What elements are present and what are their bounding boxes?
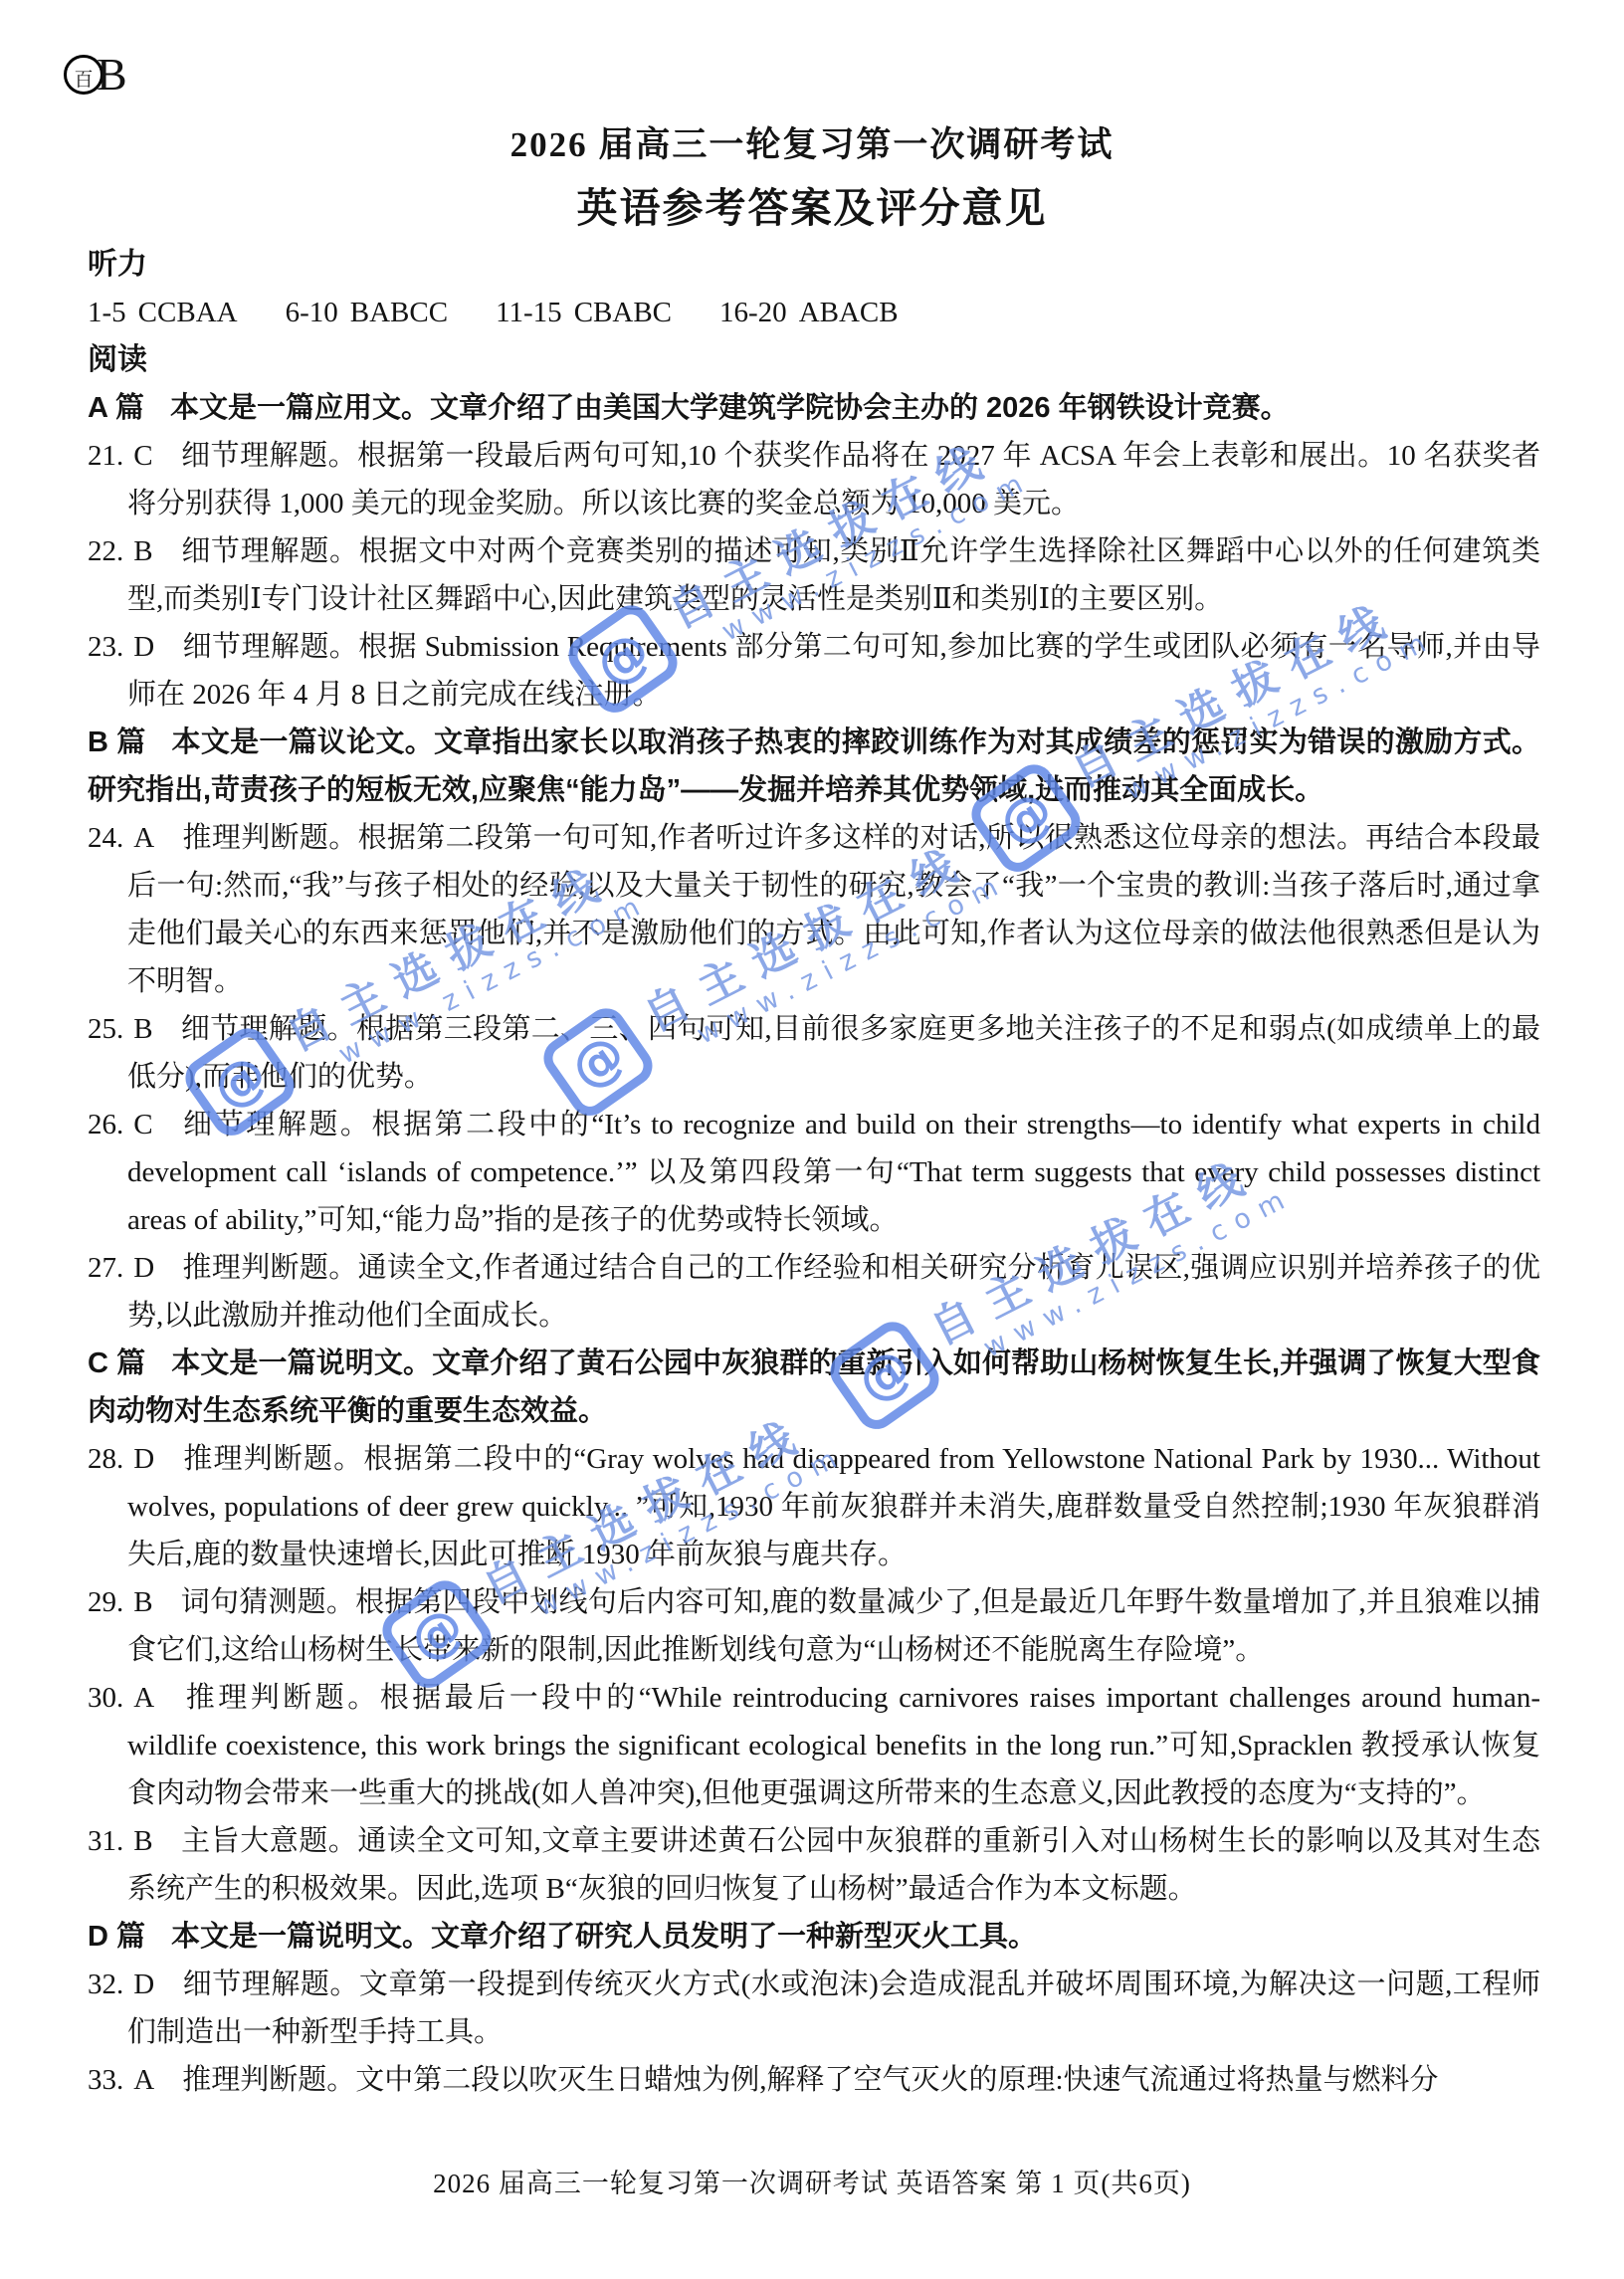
answer-explanation: 推理判断题。通读全文,作者通过结合自己的工作经验和相关研究分析育儿误区,强调应识… [127,1252,1540,1332]
question-number: 22. [88,535,123,567]
answer-letter: C [133,1109,152,1140]
question-number: 23. [88,631,123,663]
answer-letter: A [133,1682,154,1714]
answer-letter: D [133,1443,154,1475]
question-number: 26. [88,1109,123,1140]
answer-explanation: 细节理解题。根据第二段中的“It’s to recognize and buil… [127,1109,1540,1236]
section-label: A 篇 [88,392,144,424]
answer-item-25: 25.B细节理解题。根据第三段第二、三、四句可知,目前很多家庭更多地关注孩子的不… [88,1005,1540,1101]
question-number: 27. [88,1252,123,1284]
answer-item-31: 31.B主旨大意题。通读全文可知,文章主要讲述黄石公园中灰狼群的重新引入对山杨树… [88,1817,1540,1913]
section-label: B 篇 [88,726,146,758]
exam-title: 2026 届高三一轮复习第一次调研考试 [0,117,1624,167]
section-label: C 篇 [88,1347,145,1379]
answer-explanation: 细节理解题。文章第一段提到传统灭火方式(水或泡沫)会造成混乱并破坏周围环境,为解… [127,1968,1540,2048]
section-summary: 本文是一篇应用文。文章介绍了由美国大学建筑学院协会主办的 2026 年钢铁设计竞… [170,392,1290,424]
answer-item-30: 30.A推理判断题。根据最后一段中的“While reintroducing c… [88,1674,1540,1817]
answer-explanation: 推理判断题。根据第二段中的“Gray wolves had disappeare… [127,1443,1540,1570]
answer-key-subtitle: 英语参考答案及评分意见 [0,175,1624,234]
question-number: 24. [88,822,123,854]
answer-letter: D [133,1968,154,2000]
reading-heading: 阅读 [88,336,1540,384]
answer-letter: B [133,1825,152,1857]
section-paragraph-d: D 篇本文是一篇说明文。文章介绍了研究人员发明了一种新型灭火工具。 [88,1913,1540,1961]
answer-explanation: 推理判断题。根据最后一段中的“While reintroducing carni… [127,1682,1540,1809]
answer-group: 1-5CCBAA [88,297,238,328]
answer-explanation: 主旨大意题。通读全文可知,文章主要讲述黄石公园中灰狼群的重新引入对山杨树生长的影… [127,1825,1540,1905]
answer-item-32: 32.D细节理解题。文章第一段提到传统灭火方式(水或泡沫)会造成混乱并破坏周围环… [88,1961,1540,2056]
answer-letter: B [133,535,152,567]
question-number: 25. [88,1013,123,1045]
question-number: 21. [88,440,123,472]
answer-group: 11-15CBABC [496,297,672,328]
listening-answers: 1-5CCBAA6-10BABCC11-15CBABC16-20ABACB [88,289,1540,336]
answer-explanation: 推理判断题。根据第二段第一句可知,作者听过许多这样的对话,所以很熟悉这位母亲的想… [127,822,1540,997]
answer-letter: A [133,822,154,854]
section-label: D 篇 [88,1921,145,1953]
section-summary: 本文是一篇说明文。文章介绍了黄石公园中灰狼群的重新引入如何帮助山杨树恢复生长,并… [88,1347,1540,1427]
answer-item-23: 23.D细节理解题。根据 Submission Requirements 部分第… [88,623,1540,719]
question-number: 29. [88,1586,123,1618]
question-number: 32. [88,1968,123,2000]
answer-letter: A [133,2064,154,2096]
answer-item-21: 21.C细节理解题。根据第一段最后两句可知,10 个获奖作品将在 2027 年 … [88,432,1540,527]
answer-item-26: 26.C细节理解题。根据第二段中的“It’s to recognize and … [88,1101,1540,1244]
answer-key-page: { "brand": { "circle_char": "百", "letter… [0,0,1624,2279]
answer-letter: B [133,1586,152,1618]
section-summary: 本文是一篇议论文。文章指出家长以取消孩子热衷的摔跤训练作为对其成绩差的惩罚实为错… [88,726,1540,806]
answer-explanation: 推理判断题。文中第二段以吹灭生日蜡烛为例,解释了空气灭火的原理:快速气流通过将热… [182,2064,1438,2096]
answer-item-24: 24.A推理判断题。根据第二段第一句可知,作者听过许多这样的对话,所以很熟悉这位… [88,814,1540,1005]
question-number: 33. [88,2064,123,2096]
answer-letter: D [133,1252,154,1284]
section-paragraph-c: C 篇本文是一篇说明文。文章介绍了黄石公园中灰狼群的重新引入如何帮助山杨树恢复生… [88,1340,1540,1435]
brand-logo: 百 B [64,52,127,98]
answer-item-27: 27.D推理判断题。通读全文,作者通过结合自己的工作经验和相关研究分析育儿误区,… [88,1244,1540,1340]
answer-letter: D [133,631,154,663]
page-footer: 2026 届高三一轮复习第一次调研考试 英语答案 第 1 页(共6页) [0,2162,1624,2200]
answer-key-body: 听力 1-5CCBAA6-10BABCC11-15CBABC16-20ABACB… [88,241,1540,2104]
section-paragraph-a: A 篇本文是一篇应用文。文章介绍了由美国大学建筑学院协会主办的 2026 年钢铁… [88,384,1540,432]
listening-heading: 听力 [88,241,1540,289]
brand-letter: B [97,52,127,98]
section-paragraph-b: B 篇本文是一篇议论文。文章指出家长以取消孩子热衷的摔跤训练作为对其成绩差的惩罚… [88,719,1540,814]
answer-letter: C [133,440,152,472]
question-number: 31. [88,1825,123,1857]
section-summary: 本文是一篇说明文。文章介绍了研究人员发明了一种新型灭火工具。 [171,1921,1037,1953]
answer-explanation: 细节理解题。根据 Submission Requirements 部分第二句可知… [127,631,1540,711]
answer-item-33: 33.A推理判断题。文中第二段以吹灭生日蜡烛为例,解释了空气灭火的原理:快速气流… [88,2056,1540,2104]
question-number: 28. [88,1443,123,1475]
answer-group: 6-10BABCC [286,297,449,328]
answer-letter: B [133,1013,152,1045]
answer-explanation: 词句猜测题。根据第四段中划线句后内容可知,鹿的数量减少了,但是最近几年野牛数量增… [127,1586,1540,1666]
answer-group: 16-20ABACB [719,297,899,328]
answer-item-22: 22.B细节理解题。根据文中对两个竞赛类别的描述可知,类别Ⅱ允许学生选择除社区舞… [88,527,1540,623]
answer-item-28: 28.D推理判断题。根据第二段中的“Gray wolves had disapp… [88,1435,1540,1578]
answer-item-29: 29.B词句猜测题。根据第四段中划线句后内容可知,鹿的数量减少了,但是最近几年野… [88,1578,1540,1674]
question-number: 30. [88,1682,123,1714]
answer-explanation: 细节理解题。根据第一段最后两句可知,10 个获奖作品将在 2027 年 ACSA… [127,440,1540,519]
answer-explanation: 细节理解题。根据文中对两个竞赛类别的描述可知,类别Ⅱ允许学生选择除社区舞蹈中心以… [127,535,1540,615]
answer-explanation: 细节理解题。根据第三段第二、三、四句可知,目前很多家庭更多地关注孩子的不足和弱点… [127,1013,1540,1093]
